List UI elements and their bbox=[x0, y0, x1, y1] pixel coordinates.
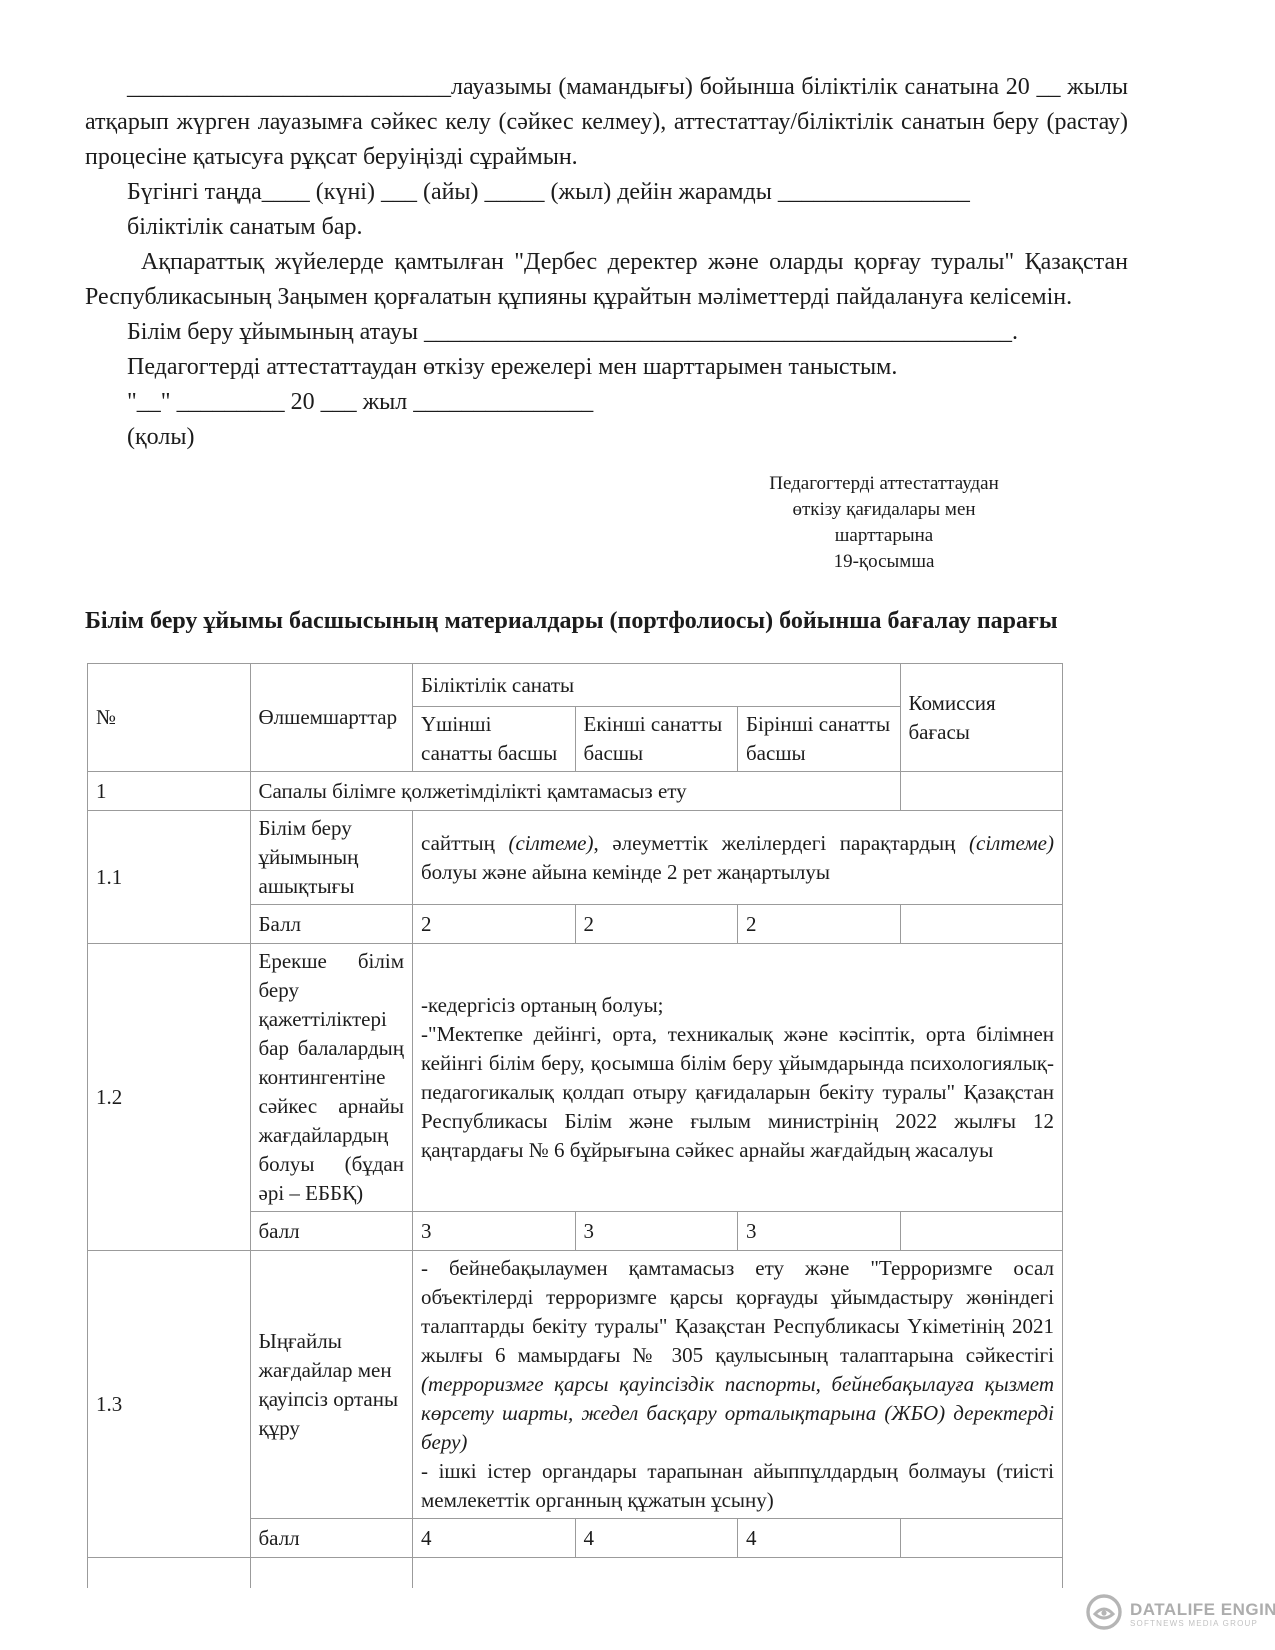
row-number: 1.2 bbox=[88, 944, 251, 1251]
commission-cell-empty bbox=[900, 905, 1063, 944]
datalife-watermark: DATALIFE ENGINE SOFTNEWS MEDIA GROUP bbox=[1085, 1593, 1275, 1636]
header-commission: Комиссия бағасы bbox=[900, 664, 1063, 772]
content-cell: сайттың (сілтеме), әлеуметтік желілердег… bbox=[413, 811, 1063, 905]
content-cell-empty bbox=[413, 1558, 1063, 1589]
table-header-row: № Өлшемшарттар Біліктілік санаты Комисси… bbox=[88, 664, 1063, 707]
criteria-cell: Білім беру ұйымының ашықтығы bbox=[250, 811, 413, 905]
score-cat2: 4 bbox=[575, 1519, 738, 1558]
paragraph-current-category: Бүгінгі таңда____ (күні) ___ (айы) _____… bbox=[85, 175, 1128, 245]
score-label: Балл bbox=[250, 905, 413, 944]
score-cat3: 2 bbox=[413, 905, 576, 944]
row-number: 1.3 bbox=[88, 1251, 251, 1558]
commission-cell-empty bbox=[900, 772, 1063, 811]
appendix-note-line: шарттарына bbox=[734, 523, 1034, 549]
table-row-1-1: 1.1 Білім беру ұйымының ашықтығы сайттың… bbox=[88, 811, 1063, 905]
header-criteria: Өлшемшарттар bbox=[250, 664, 413, 772]
appendix-note: Педагогтерді аттестаттаудан өткізу қағид… bbox=[734, 471, 1034, 575]
score-label: балл bbox=[250, 1519, 413, 1558]
section-title: Білім беру ұйымы басшысының материалдары… bbox=[85, 605, 1128, 637]
score-cat1: 4 bbox=[738, 1519, 901, 1558]
score-label: балл bbox=[250, 1212, 413, 1251]
table-row-1-2: 1.2 Ерекше білім беру қажеттіліктері бар… bbox=[88, 944, 1063, 1212]
commission-cell-empty bbox=[900, 1212, 1063, 1251]
row-number: 1 bbox=[88, 772, 251, 811]
row-number-empty bbox=[88, 1558, 251, 1589]
header-cat2: Екінші санатты басшы bbox=[575, 707, 738, 772]
score-cat2: 3 bbox=[575, 1212, 738, 1251]
commission-cell-empty bbox=[900, 1519, 1063, 1558]
header-cat1: Бірінші санатты басшы bbox=[738, 707, 901, 772]
evaluation-table: № Өлшемшарттар Біліктілік санаты Комисси… bbox=[87, 663, 1063, 1588]
appendix-note-line: Педагогтерді аттестаттаудан bbox=[734, 471, 1034, 497]
score-cat3: 3 bbox=[413, 1212, 576, 1251]
paragraph-personal-data-consent: Ақпараттық жүйелерде қамтылған "Дербес д… bbox=[85, 245, 1128, 315]
section-text: Сапалы білімге қолжетімділікті қамтамасы… bbox=[250, 772, 900, 811]
score-cat1: 2 bbox=[738, 905, 901, 944]
paragraph-organization-name: Білім беру ұйымының атауы ______________… bbox=[85, 315, 1128, 350]
appendix-note-line: өткізу қағидалары мен bbox=[734, 497, 1034, 523]
scanned-document-page: ___________________________лауазымы (мам… bbox=[0, 0, 1275, 1650]
criteria-cell: Ерекше білім беру қажеттіліктері бар бал… bbox=[250, 944, 413, 1212]
header-num: № bbox=[88, 664, 251, 772]
table-row-1-3: 1.3 Ыңғайлы жағдайлар мен қауіпсіз ортан… bbox=[88, 1251, 1063, 1519]
watermark-title: DATALIFE ENGINE bbox=[1130, 1601, 1275, 1619]
row-number: 1.1 bbox=[88, 811, 251, 944]
header-cat3: Үшінші санатты басшы bbox=[413, 707, 576, 772]
paragraph-request: ___________________________лауазымы (мам… bbox=[85, 70, 1128, 175]
score-cat3: 4 bbox=[413, 1519, 576, 1558]
content-cell: - бейнебақылаумен қамтамасыз ету және "Т… bbox=[413, 1251, 1063, 1519]
criteria-cell-empty bbox=[250, 1558, 413, 1589]
paragraph-date-signature-line: "__" _________ 20 ___ жыл ______________… bbox=[85, 385, 1128, 420]
datalife-eye-logo-icon bbox=[1085, 1593, 1123, 1636]
paragraph-rules-acknowledged: Педагогтерді аттестаттаудан өткізу ереже… bbox=[85, 350, 1128, 385]
score-cat2: 2 bbox=[575, 905, 738, 944]
score-cat1: 3 bbox=[738, 1212, 901, 1251]
paragraph-signature-label: (қолы) bbox=[85, 420, 1128, 455]
table-row-truncated bbox=[88, 1558, 1063, 1589]
appendix-note-line: 19-қосымша bbox=[734, 549, 1034, 575]
header-category-group: Біліктілік санаты bbox=[413, 664, 901, 707]
content-cell: -кедергісіз ортаның болуы; -"Мектепке де… bbox=[413, 944, 1063, 1212]
criteria-cell: Ыңғайлы жағдайлар мен қауіпсіз ортаны құ… bbox=[250, 1251, 413, 1519]
watermark-text: DATALIFE ENGINE SOFTNEWS MEDIA GROUP bbox=[1130, 1601, 1275, 1629]
document-body: ___________________________лауазымы (мам… bbox=[85, 70, 1128, 1588]
watermark-subtitle: SOFTNEWS MEDIA GROUP bbox=[1130, 1619, 1275, 1629]
table-row-section-1: 1 Сапалы білімге қолжетімділікті қамтама… bbox=[88, 772, 1063, 811]
